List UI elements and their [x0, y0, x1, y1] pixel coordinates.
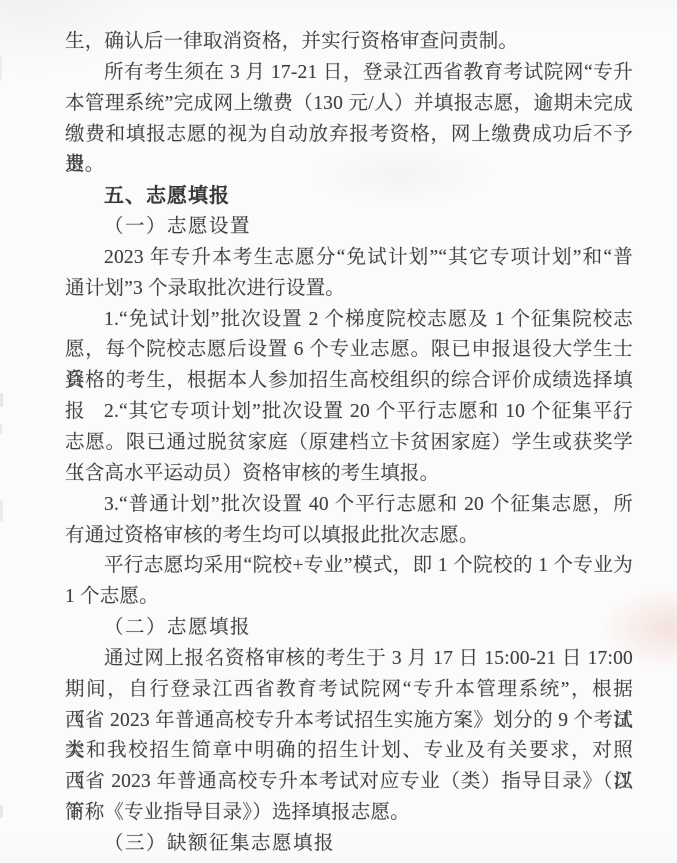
text-line: 西省 2023 年普通高校专升本考试招生实施方案》划分的 9 个考试大: [65, 706, 633, 737]
text-line: 费。: [65, 150, 633, 181]
scan-smudge: [0, 500, 3, 522]
text-line: 愿，每个院校志愿后设置 6 个专业志愿。限已申报退役大学生士兵: [65, 335, 633, 366]
scan-smudge: [0, 393, 3, 407]
subsection-heading: （一）志愿设置: [65, 212, 633, 243]
text-line: 类和我校招生简章中明确的招生计划、专业及有关要求，对照《江: [65, 736, 633, 767]
text-line: 1 个志愿。: [65, 582, 633, 613]
text-line: 缴费和填报志愿的视为自动放弃报考资格，网上缴费成功后不予退: [65, 120, 633, 151]
document-page: 生，确认后一律取消资格，并实行资格审查问责制。所有考生须在 3 月 17-21 …: [0, 0, 677, 863]
text-line: 简称《专业指导目录》）选择填报志愿。: [65, 798, 633, 829]
subsection-heading: （二）志愿填报: [65, 613, 633, 644]
section-heading: 五、志愿填报: [65, 181, 633, 212]
text-line: 本管理系统”完成网上缴费（130 元/人）并填报志愿，逾期未完成: [65, 89, 633, 120]
text-line: 资格的考生，根据本人参加招生高校组织的综合评价成绩选择填报。: [65, 366, 633, 397]
text-line: 生，确认后一律取消资格，并实行资格审查问责制。: [65, 27, 633, 58]
document-body: 生，确认后一律取消资格，并实行资格审查问责制。所有考生须在 3 月 17-21 …: [65, 27, 633, 860]
scan-smudge: [0, 55, 2, 81]
text-line: 通计划”3 个录取批次进行设置。: [65, 274, 633, 305]
text-line: 平行志愿均采用“院校+专业”模式，即 1 个院校的 1 个专业为: [65, 551, 633, 582]
text-line: 2.“其它专项计划”批次设置 20 个平行志愿和 10 个征集平行: [65, 397, 633, 428]
text-line: 所有考生须在 3 月 17-21 日，登录江西省教育考试院网“专升: [65, 58, 633, 89]
text-line: 志愿。限已通过脱贫家庭（原建档立卡贫困家庭）学生或获奖学生: [65, 428, 633, 459]
text-line: 期间，自行登录江西省教育考试院网“专升本管理系统”，根据《江: [65, 675, 633, 706]
scan-smudge: [0, 805, 3, 818]
text-line: 通过网上报名资格审核的考生于 3 月 17 日 15:00-21 日 17:00: [65, 644, 633, 675]
text-line: 有通过资格审核的考生均可以填报此批次志愿。: [65, 521, 633, 552]
text-line: 3.“普通计划”批次设置 40 个平行志愿和 20 个征集志愿，所: [65, 490, 633, 521]
subsection-heading: （三）缺额征集志愿填报: [65, 829, 633, 860]
text-line: 1.“免试计划”批次设置 2 个梯度院校志愿及 1 个征集院校志: [65, 305, 633, 336]
text-line: 西省 2023 年普通高校专升本考试对应专业（类）指导目录》（以下: [65, 767, 633, 798]
scan-smudge: [0, 424, 2, 434]
text-line: 2023 年专升本考生志愿分“免试计划”“其它专项计划”和“普: [65, 243, 633, 274]
text-line: （含高水平运动员）资格审核的考生填报。: [65, 459, 633, 490]
